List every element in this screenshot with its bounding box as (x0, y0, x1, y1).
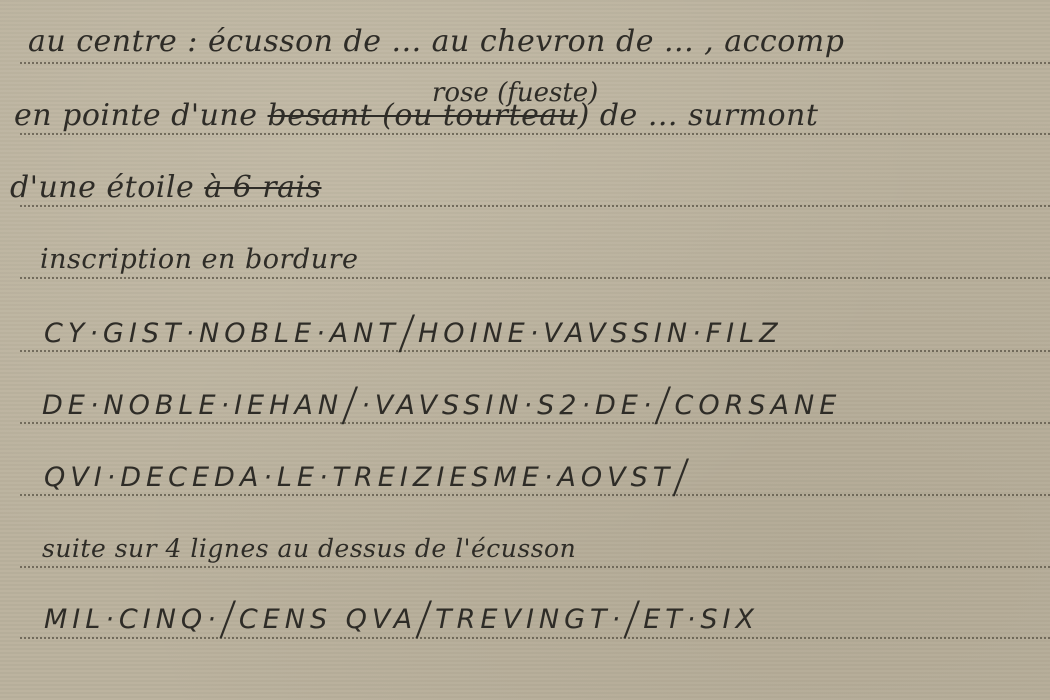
ruled-line (20, 566, 1050, 568)
inscription-segment: QVI·DECEDA·LE·TREIZIESME·AOVST (44, 462, 674, 493)
description-text: en pointe d'une (14, 98, 268, 133)
description-line-1: au centre : écusson de ... au chevron de… (28, 24, 844, 59)
inscription-segment: ·VAVSSIN·S2·DE· (361, 390, 656, 421)
description-text: d'une étoile (10, 170, 204, 205)
description-line-3: d'une étoile à 6 rais (10, 170, 322, 205)
section-label-center: suite sur 4 lignes au dessus de l'écusso… (42, 534, 576, 563)
section-label-border: inscription en bordure (40, 244, 359, 275)
ruled-line (20, 350, 1050, 352)
inscription-segment: MIL·CINQ· (44, 604, 221, 635)
ruled-line (20, 422, 1050, 424)
inscription-segment: ET·SIX (643, 604, 759, 635)
ruled-line (20, 637, 1050, 639)
ruled-line (20, 494, 1050, 496)
inscription-line-2: DE·NOBLE·IEHAN/·VAVSSIN·S2·DE·/CORSANE (42, 390, 841, 421)
struck-text: à 6 rais (204, 170, 321, 205)
ruled-line (20, 205, 1050, 207)
ruled-line (20, 277, 1050, 279)
description-text: ) de ... surmont (578, 98, 819, 133)
inscription-center-line: MIL·CINQ·/CENS QVA/TREVINGT·/ET·SIX (44, 604, 759, 635)
inscription-line-3: QVI·DECEDA·LE·TREIZIESME·AOVST/ (44, 462, 692, 493)
description-line-2: en pointe d'une besant (ou tourteau) de … (14, 98, 818, 133)
inscription-segment: DE·NOBLE·IEHAN (42, 390, 343, 421)
inscription-segment: TREVINGT· (435, 604, 625, 635)
ruled-line (20, 62, 1050, 64)
description-text: ... au chevron de ... , accomp (392, 24, 845, 59)
inscription-segment: CORSANE (675, 390, 842, 421)
struck-text: besant (ou tourteau (268, 98, 578, 133)
inscription-segment: CENS QVA (239, 604, 417, 635)
description-text: au centre : écusson de (28, 24, 392, 59)
ruled-line (20, 133, 1050, 135)
inscription-line-1: CY·GIST·NOBLE·ANT/HOINE·VAVSSIN·FILZ (44, 318, 783, 349)
inscription-segment: CY·GIST·NOBLE·ANT (44, 318, 400, 349)
inscription-segment: HOINE·VAVSSIN·FILZ (418, 318, 783, 349)
